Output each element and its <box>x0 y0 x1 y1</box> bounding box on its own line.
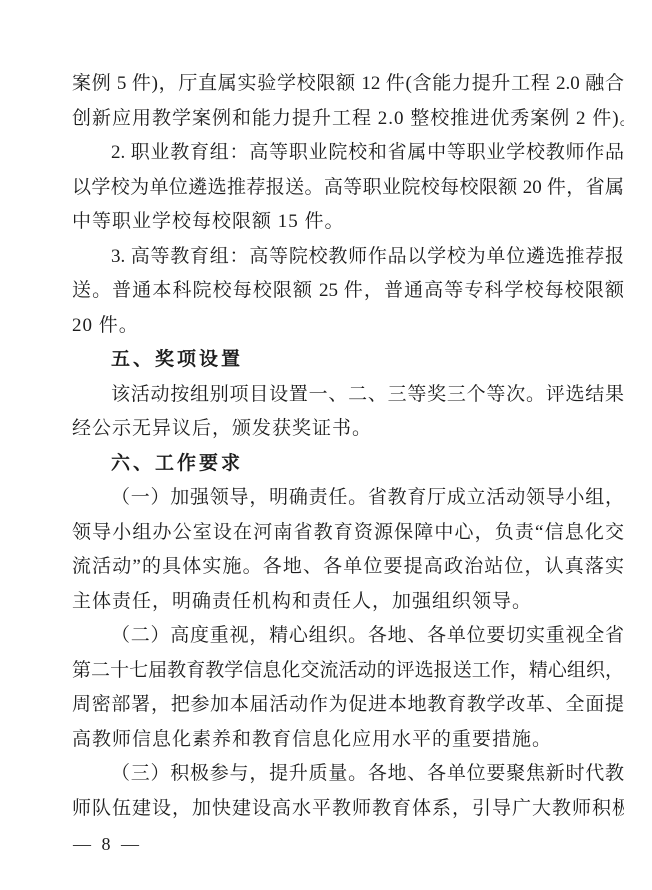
paragraph: （二）高度重视，精心组织。各地、各单位要切实重视全省第二十七届教育教学信息化交流… <box>72 619 624 757</box>
paragraph: 该活动按组别项目设置一、二、三等奖三个等次。评选结果经公示无异议后，颁发获奖证书… <box>72 378 624 447</box>
text-line: 2. 职业教育组：高等职业院校和省属中等职业学校教师作品 <box>72 136 624 171</box>
text-line: （三）积极参与，提升质量。各地、各单位要聚焦新时代教 <box>72 757 624 792</box>
text-line: 周密部署，把参加本届活动作为促进本地教育教学改革、全面提 <box>72 688 624 723</box>
text-line: 以学校为单位遴选推荐报送。高等职业院校每校限额 20 件，省属 <box>72 171 624 206</box>
text-line: （二）高度重视，精心组织。各地、各单位要切实重视全省 <box>72 619 624 654</box>
text-line: 20 件。 <box>72 309 624 344</box>
document-page: 案例 5 件)，厅直属实验学校限额 12 件(含能力提升工程 2.0 融合创新应… <box>0 0 652 890</box>
text-line: 创新应用教学案例和能力提升工程 2.0 整校推进优秀案例 2 件)。 <box>72 102 624 137</box>
page-number: — 8 — <box>73 831 142 857</box>
paragraph: （三）积极参与，提升质量。各地、各单位要聚焦新时代教师队伍建设，加快建设高水平教… <box>72 757 624 826</box>
text-line: 流活动”的具体实施。各地、各单位要提高政治站位，认真落实 <box>72 550 624 585</box>
text-line: 第二十七届教育教学信息化交流活动的评选报送工作，精心组织， <box>72 654 624 689</box>
paragraph: 案例 5 件)，厅直属实验学校限额 12 件(含能力提升工程 2.0 融合创新应… <box>72 67 624 136</box>
text-line: 高教师信息化素养和教育信息化应用水平的重要措施。 <box>72 723 624 758</box>
text-line: 3. 高等教育组：高等院校教师作品以学校为单位遴选推荐报 <box>72 240 624 275</box>
paragraph: 2. 职业教育组：高等职业院校和省属中等职业学校教师作品以学校为单位遴选推荐报送… <box>72 136 624 240</box>
text-line: 主体责任，明确责任机构和责任人，加强组织领导。 <box>72 585 624 620</box>
paragraph: （一）加强领导，明确责任。省教育厅成立活动领导小组，领导小组办公室设在河南省教育… <box>72 481 624 619</box>
text-line: 该活动按组别项目设置一、二、三等奖三个等次。评选结果 <box>72 378 624 413</box>
text-line: 经公示无异议后，颁发获奖证书。 <box>72 412 624 447</box>
text-line: 六、工作要求 <box>72 447 624 482</box>
section-heading: 六、工作要求 <box>72 447 624 482</box>
text-line: 案例 5 件)，厅直属实验学校限额 12 件(含能力提升工程 2.0 融合 <box>72 67 624 102</box>
text-line: 中等职业学校每校限额 15 件。 <box>72 205 624 240</box>
text-line: 送。普通本科院校每校限额 25 件，普通高等专科学校每校限额 <box>72 274 624 309</box>
paragraph: 3. 高等教育组：高等院校教师作品以学校为单位遴选推荐报送。普通本科院校每校限额… <box>72 240 624 344</box>
document-body: 案例 5 件)，厅直属实验学校限额 12 件(含能力提升工程 2.0 融合创新应… <box>72 67 624 826</box>
text-line: 师队伍建设，加快建设高水平教师教育体系，引导广大教师积极 <box>72 792 624 827</box>
section-heading: 五、奖项设置 <box>72 343 624 378</box>
text-line: 五、奖项设置 <box>72 343 624 378</box>
text-line: 领导小组办公室设在河南省教育资源保障中心，负责“信息化交 <box>72 516 624 551</box>
text-line: （一）加强领导，明确责任。省教育厅成立活动领导小组， <box>72 481 624 516</box>
